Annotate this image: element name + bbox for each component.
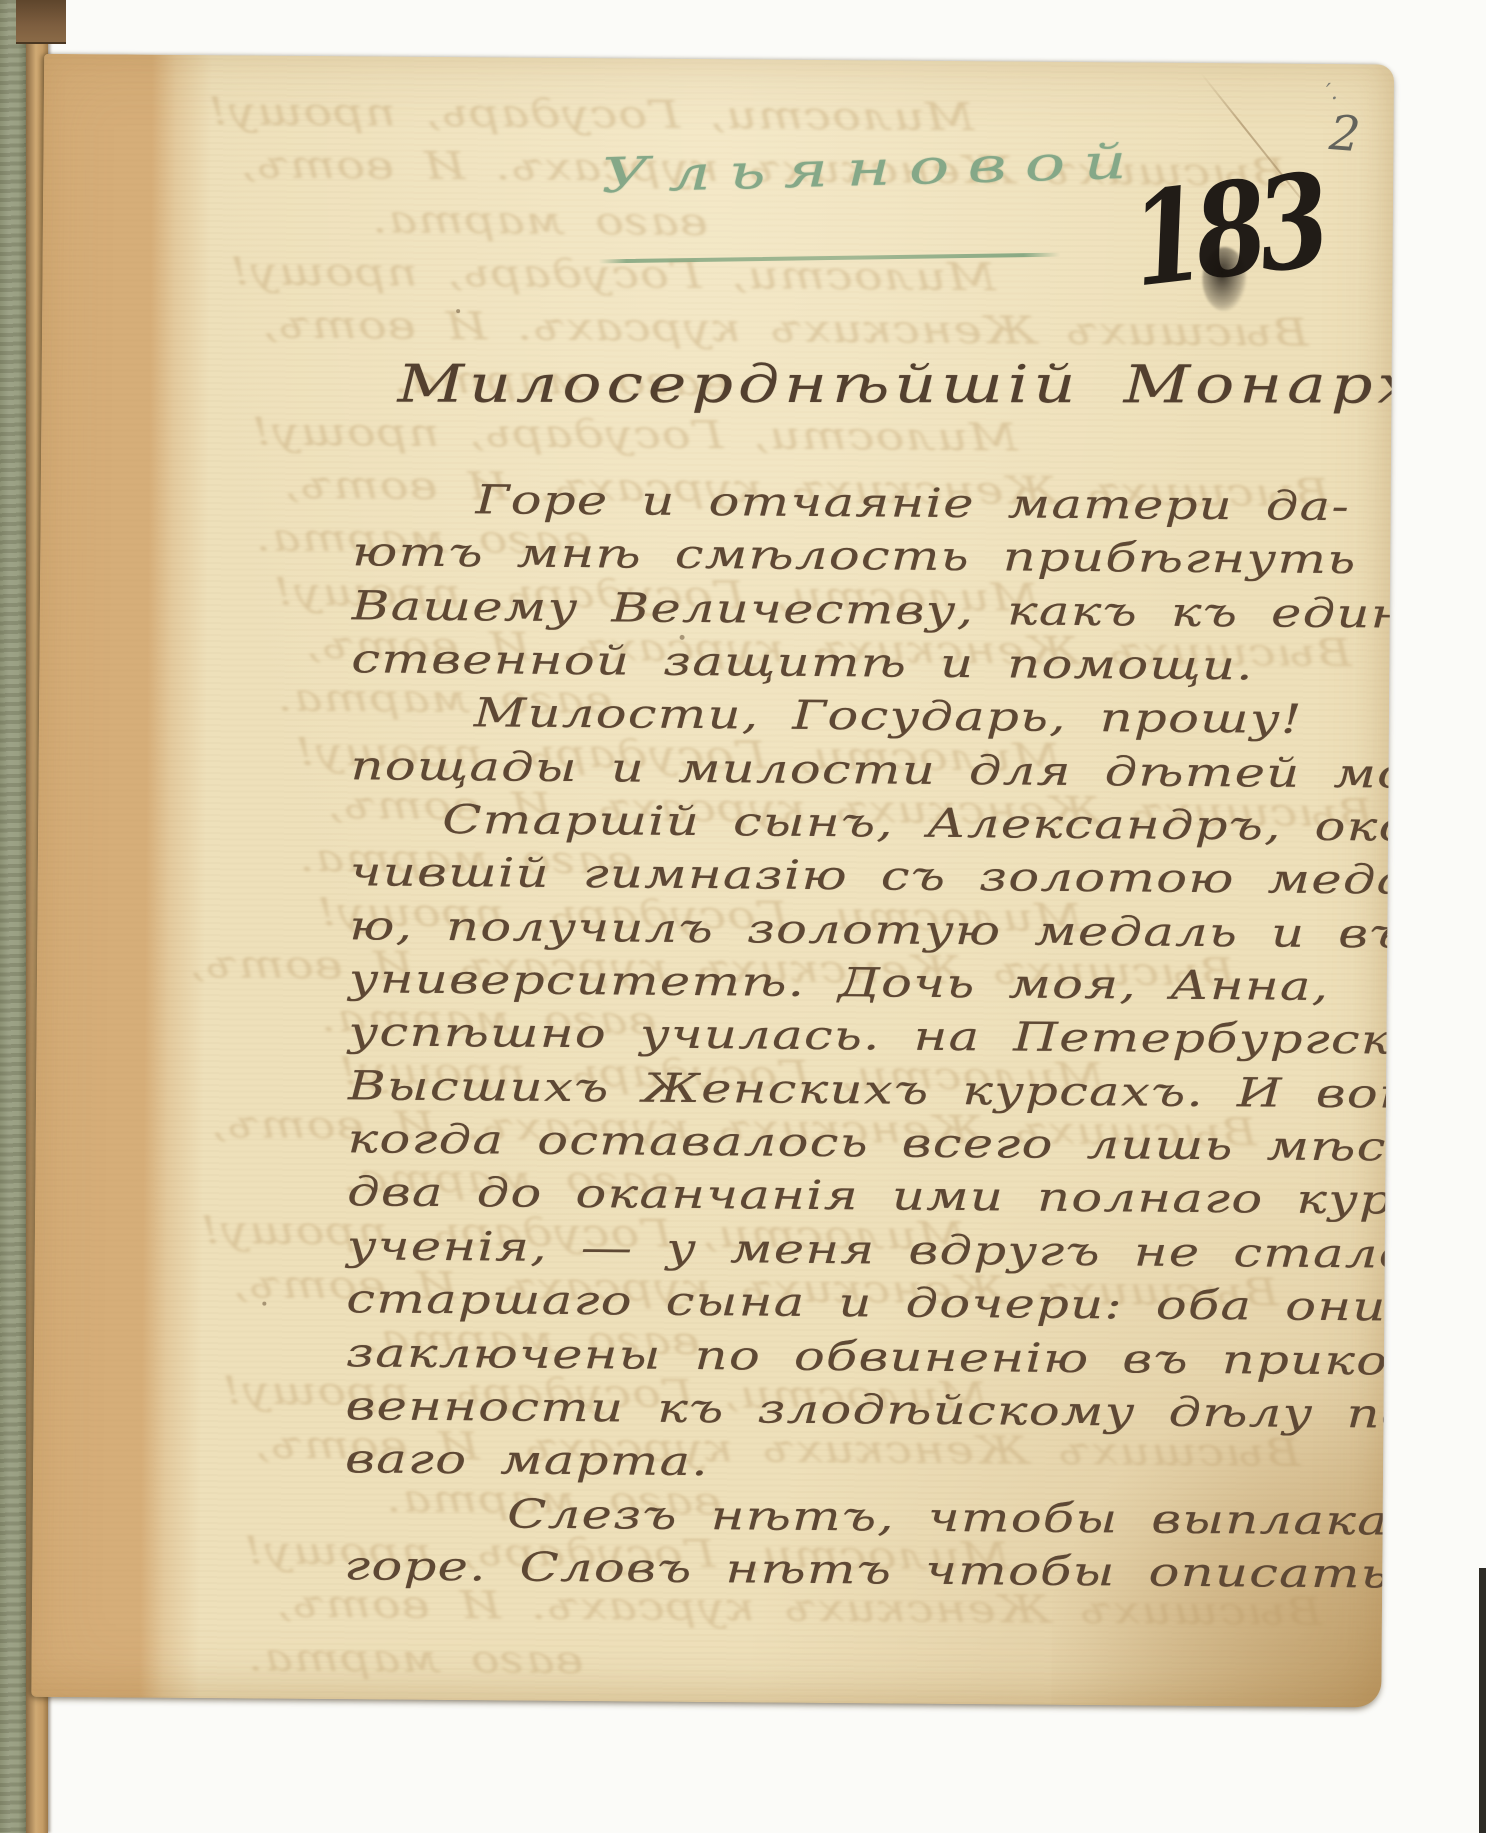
- corner-pencil-mark: ′.: [1326, 80, 1338, 105]
- page-number-pencil: 2: [1327, 105, 1362, 163]
- bleedthrough-line: Милости, Государь, прошу!: [207, 89, 974, 139]
- ink-speck: [262, 1302, 266, 1306]
- archival-scan: { "document": { "archive_label": "Ульяно…: [0, 0, 1486, 1833]
- bleedthrough-line: ваго марта.: [371, 197, 708, 244]
- bleedthrough-line: Милости, Государь, прошу!: [250, 409, 1017, 459]
- letter-line: горе. Словъ нѣтъ чтобы описать: [344, 1541, 1394, 1605]
- letter-body: Горе и отчаяніе матери да-ютъ мнѣ смѣлос…: [344, 474, 1369, 1602]
- ink-speck: [456, 309, 460, 313]
- salutation-line: Милосерднѣйшій Монархъ!: [398, 355, 1395, 416]
- binding-tab: [16, 0, 66, 44]
- scan-edge-artifact: [1479, 1568, 1486, 1833]
- bleedthrough-line: ваго марта.: [247, 1635, 584, 1682]
- binding-cloth-strip: [0, 0, 26, 1833]
- manuscript-page: Милости, Государь, прошу!Высшихъ Женских…: [31, 54, 1394, 1708]
